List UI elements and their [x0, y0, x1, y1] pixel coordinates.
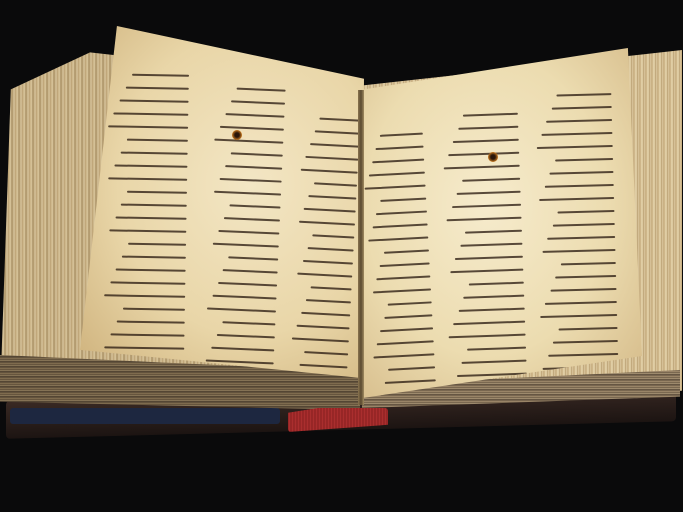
script-line	[450, 269, 523, 274]
script-line	[291, 337, 348, 342]
script-line	[310, 143, 359, 148]
script-line	[114, 164, 187, 167]
script-line	[126, 87, 189, 90]
script-line	[448, 152, 519, 156]
left-page	[80, 26, 364, 378]
script-line	[545, 301, 617, 305]
script-line	[547, 119, 613, 123]
script-line	[226, 113, 285, 118]
script-line	[309, 195, 357, 199]
script-line	[458, 126, 518, 130]
parchment-stain	[488, 152, 498, 162]
script-line	[467, 347, 526, 351]
script-line	[558, 210, 615, 213]
script-line	[564, 431, 620, 434]
script-line	[120, 100, 189, 103]
script-line	[453, 321, 525, 326]
script-line	[372, 223, 427, 228]
script-line	[302, 260, 352, 265]
script-line	[229, 256, 279, 260]
script-line	[315, 130, 360, 134]
script-line	[122, 256, 186, 259]
script-line	[463, 113, 518, 117]
script-line	[307, 247, 353, 251]
script-line	[463, 295, 524, 299]
script-line	[217, 334, 275, 339]
script-line	[116, 268, 186, 271]
script-line	[541, 132, 612, 136]
script-line	[460, 243, 522, 247]
script-line	[553, 340, 618, 344]
script-line	[462, 178, 521, 182]
script-line	[458, 308, 524, 312]
script-line	[128, 243, 186, 246]
script-line	[298, 273, 353, 278]
script-line	[301, 169, 358, 174]
script-line	[379, 133, 422, 137]
script-line	[120, 152, 187, 155]
script-line	[377, 340, 434, 345]
script-line	[453, 139, 519, 143]
script-line	[114, 112, 189, 115]
script-line	[213, 243, 279, 248]
script-line	[376, 275, 430, 280]
script-line	[111, 333, 185, 336]
script-line	[310, 286, 351, 290]
script-line	[536, 145, 612, 149]
script-line	[218, 230, 279, 235]
script-line	[385, 444, 440, 449]
script-line	[365, 185, 426, 190]
script-line	[237, 88, 286, 92]
script-line	[123, 308, 185, 311]
script-line	[121, 204, 187, 207]
script-line	[306, 156, 359, 161]
script-line	[220, 126, 284, 131]
script-line	[547, 236, 615, 240]
script-line	[229, 204, 280, 208]
script-line	[215, 139, 284, 144]
script-line	[388, 431, 438, 436]
script-line	[115, 216, 186, 219]
script-line	[540, 314, 617, 318]
script-line	[117, 321, 185, 324]
script-line	[388, 301, 432, 305]
script-line	[126, 139, 188, 142]
script-line	[555, 158, 614, 162]
script-line	[552, 106, 612, 110]
script-line	[384, 314, 432, 319]
script-line	[231, 100, 285, 104]
script-line	[127, 191, 187, 194]
script-line	[462, 360, 527, 364]
script-line	[299, 221, 355, 226]
script-line	[380, 262, 430, 267]
script-line	[380, 327, 433, 332]
script-line	[552, 223, 614, 227]
script-line	[104, 294, 185, 297]
script-line	[212, 295, 276, 300]
script-line	[372, 159, 424, 164]
script-line	[457, 191, 521, 195]
script-line	[214, 191, 281, 196]
script-line	[539, 197, 614, 201]
script-line	[369, 236, 429, 241]
script-line	[224, 217, 280, 221]
script-line	[222, 321, 275, 325]
script-line	[448, 334, 525, 339]
script-line	[380, 198, 427, 202]
display-stand	[10, 408, 280, 424]
script-line	[211, 347, 274, 352]
script-line	[550, 288, 616, 292]
script-line	[299, 364, 347, 369]
script-line	[218, 282, 278, 287]
script-line	[465, 230, 522, 234]
script-line	[557, 93, 612, 96]
script-line	[373, 353, 434, 358]
script-line	[108, 125, 188, 128]
script-line	[455, 438, 529, 443]
script-line	[313, 182, 357, 186]
script-line	[542, 249, 615, 253]
script-line	[108, 177, 187, 180]
script-line	[560, 262, 615, 265]
script-line	[312, 234, 354, 238]
script-line	[296, 325, 349, 330]
script-line	[455, 256, 523, 260]
script-line	[555, 275, 616, 279]
script-line	[376, 211, 427, 216]
script-line	[381, 457, 440, 462]
script-line	[548, 353, 618, 357]
script-line	[384, 249, 429, 253]
script-line	[368, 172, 424, 177]
script-line	[207, 307, 276, 312]
script-line	[230, 152, 283, 156]
script-line	[304, 351, 348, 355]
script-line	[388, 366, 435, 370]
script-line	[468, 282, 523, 286]
script-line	[452, 204, 521, 208]
script-line	[443, 165, 519, 170]
left-page-column-3	[288, 117, 361, 406]
script-line	[132, 74, 189, 77]
script-line	[223, 269, 278, 273]
script-line	[474, 451, 530, 455]
script-line	[384, 379, 435, 384]
right-page-column-1	[361, 133, 441, 487]
script-line	[301, 312, 350, 317]
script-line	[373, 288, 431, 293]
script-line	[304, 208, 356, 213]
script-line	[376, 146, 424, 150]
parchment-stain	[232, 130, 242, 140]
script-line	[110, 281, 185, 284]
photo-scene	[0, 0, 683, 512]
script-line	[225, 165, 282, 170]
right-page	[360, 48, 642, 398]
script-line	[109, 229, 186, 232]
script-line	[447, 217, 522, 222]
script-line	[105, 346, 185, 349]
script-line	[219, 178, 281, 183]
book-gutter	[358, 90, 364, 405]
script-line	[306, 299, 351, 303]
script-line	[396, 470, 441, 474]
script-line	[558, 327, 617, 331]
script-line	[544, 184, 613, 188]
script-line	[320, 118, 361, 122]
script-line	[549, 171, 613, 175]
